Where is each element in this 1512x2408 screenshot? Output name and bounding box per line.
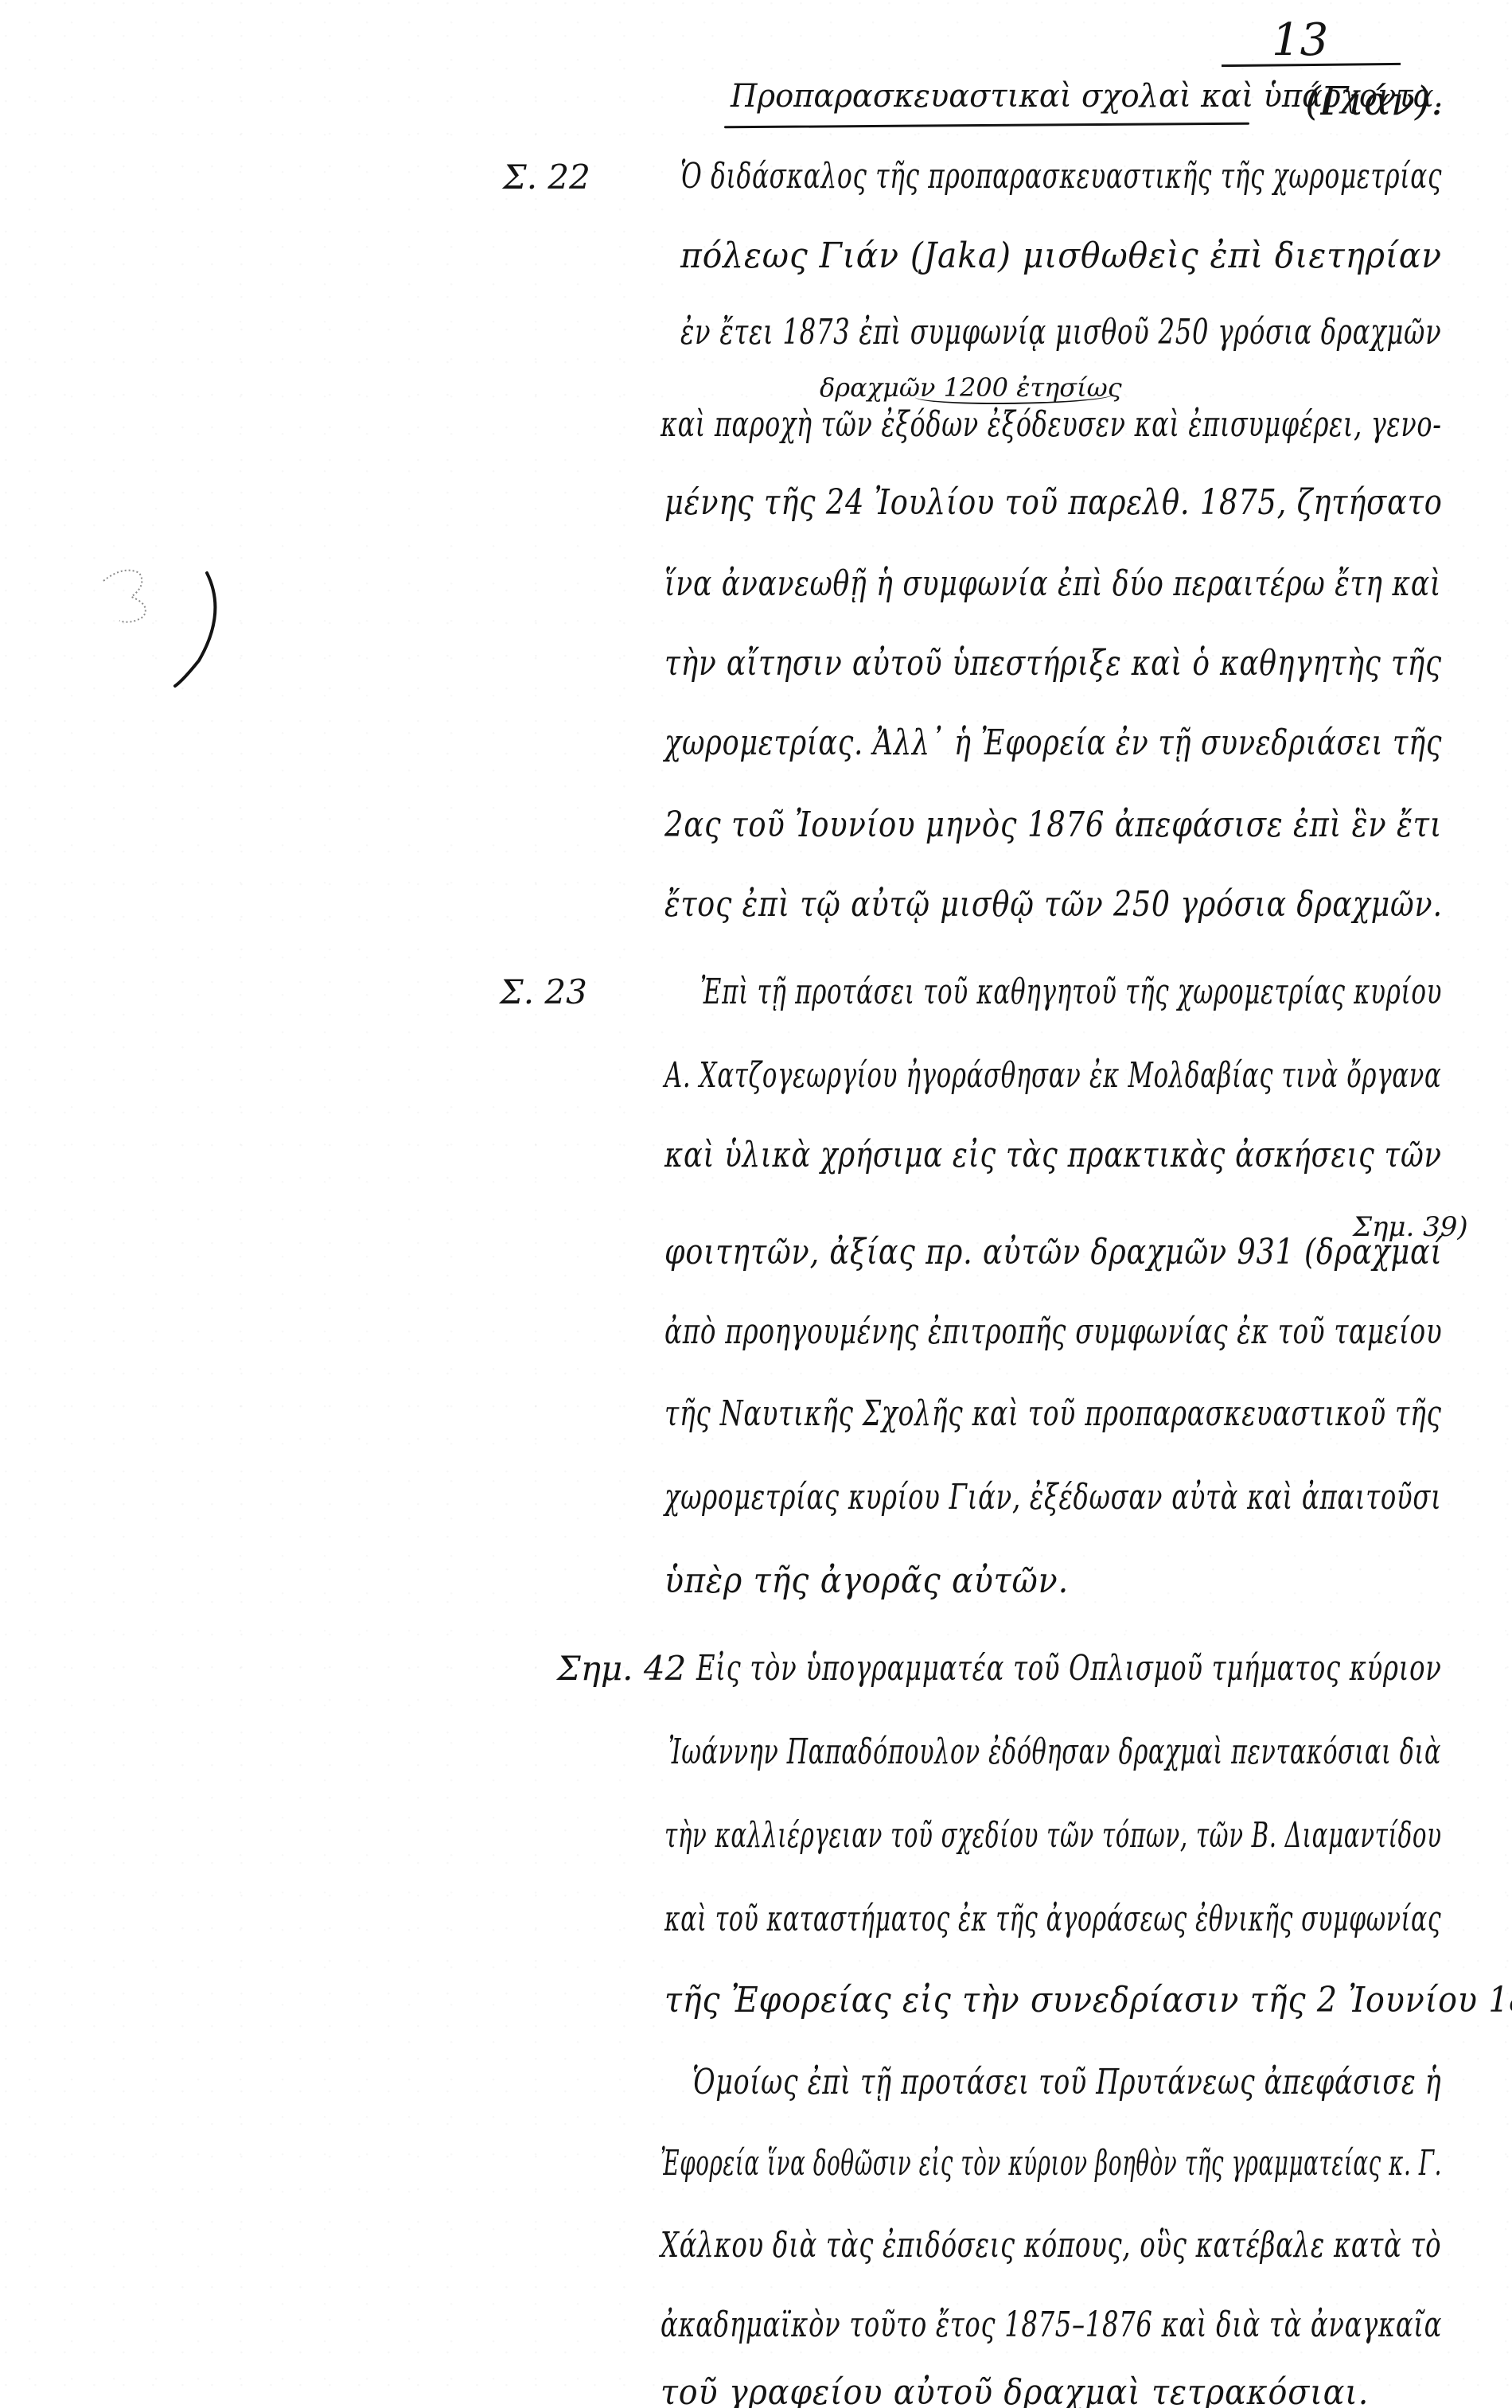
text-line: τῆς Ναυτικῆς Σχολῆς καὶ τοῦ προπαρασκευα… xyxy=(664,1397,1442,1432)
text-line: Ὁ διδάσκαλος τῆς προπαρασκευαστικῆς τῆς … xyxy=(680,159,1222,194)
text-line: Εἰς τὸν ὑπογραμματέα τοῦ Οπλισμοῦ τμήματ… xyxy=(696,1651,1442,1686)
text-line: μένης τῆς 24 Ἰουλίου τοῦ παρελθ. 1875, ζ… xyxy=(664,485,1443,520)
text-line: καὶ τοῦ καταστήματος ἐκ τῆς ἀγοράσεως ἐθ… xyxy=(664,1902,1441,1937)
text-line: ἀπὸ προηγουμένης ἐπιτροπῆς συμφωνίας ἐκ … xyxy=(664,1315,1442,1350)
title-underline xyxy=(724,123,1249,129)
text-line: Ἐπὶ τῇ προτάσει τοῦ καθηγητοῦ τῆς χωρομε… xyxy=(700,975,1442,1010)
text-line: τὴν αἴτησιν αὐτοῦ ὑπεστήριξε καὶ ὁ καθηγ… xyxy=(664,646,1442,681)
text-line: τὴν καλλιέργειαν τοῦ σχεδίου τῶν τόπων, … xyxy=(664,1818,1442,1853)
text-line: 2ας τοῦ Ἰουνίου μηνὸς 1876 ἀπεφάσισε ἐπὶ… xyxy=(664,808,1442,843)
text-line: ἔτος ἐπὶ τῷ αὐτῷ μισθῷ τῶν 250 γρόσια δρ… xyxy=(664,887,1443,922)
page-number: 13 xyxy=(1272,14,1328,66)
title-suffix: (Γιάν). xyxy=(1305,78,1443,124)
text-line: χωρομετρίας. Ἀλλ᾽ ἡ Ἐφορεία ἐν τῇ συνεδρ… xyxy=(664,726,1442,761)
margin-label-sem42: Σημ. 42 xyxy=(557,1649,686,1688)
text-line: πόλεως Γιάν (Jaka) μισθωθεὶς ἐπὶ διετηρί… xyxy=(680,239,1442,274)
text-line: Χάλκου διὰ τὰς ἐπιδόσεις κόπους, οὓς κατ… xyxy=(661,2228,1441,2263)
text-line: Α. Χατζογεωργίου ἠγοράσθησαν ἐκ Μολδαβία… xyxy=(664,1058,1441,1093)
manuscript-page: 13 Προπαρασκευαστικαὶ σχολαὶ καὶ ὑπάρχον… xyxy=(0,0,1512,2408)
margin-label-s22: Σ. 22 xyxy=(503,158,590,197)
text-line: Ὁμοίως ἐπὶ τῇ προτάσει τοῦ Πρυτάνεως ἀπε… xyxy=(692,2065,1441,2100)
margin-bracket-mark xyxy=(88,549,247,692)
text-line: ἐν ἔτει 1873 ἐπὶ συμφωνίᾳ μισθοῦ 250 γρό… xyxy=(680,315,1441,350)
text-line: τῆς Ἐφορείας εἰς τὴν συνεδρίασιν τῆς 2 Ἰ… xyxy=(664,1983,1512,2018)
text-line: ἵνα ἀνανεωθῇ ἡ συμφωνία ἐπὶ δύο περαιτέρ… xyxy=(664,567,1441,602)
text-line: φοιτητῶν, ἀξίας πρ. αὐτῶν δραχμῶν 931 (δ… xyxy=(664,1235,1443,1270)
margin-label-s23: Σ. 23 xyxy=(500,972,587,1011)
text-line: Ἐφορεία ἵνα δοθῶσιν εἰς τὸν κύριον βοηθὸ… xyxy=(661,2146,1442,2181)
text-line: καὶ παροχὴ τῶν ἐξόδων ἐξόδευσεν καὶ ἐπισ… xyxy=(661,407,1442,442)
text-line: καὶ ὑλικὰ χρήσιμα εἰς τὰς πρακτικὰς ἀσκή… xyxy=(664,1138,1442,1173)
page-number-rule xyxy=(1222,63,1401,67)
text-line: ἀκαδημαϊκὸν τοῦτο ἔτος 1875–1876 καὶ διὰ… xyxy=(661,2308,1442,2343)
text-line: Ἰωάννην Παπαδόπουλον ἐδόθησαν δραχμαὶ πε… xyxy=(668,1735,1441,1770)
text-line: χωρομετρίας κυρίου Γιάν, ἐξέδωσαν αὐτὰ κ… xyxy=(664,1480,1441,1515)
text-line: ὑπὲρ τῆς ἀγορᾶς αὐτῶν. xyxy=(664,1564,1069,1599)
text-line: τοῦ γραφείου αὐτοῦ δραχμαὶ τετρακόσιαι. xyxy=(661,2375,1369,2408)
